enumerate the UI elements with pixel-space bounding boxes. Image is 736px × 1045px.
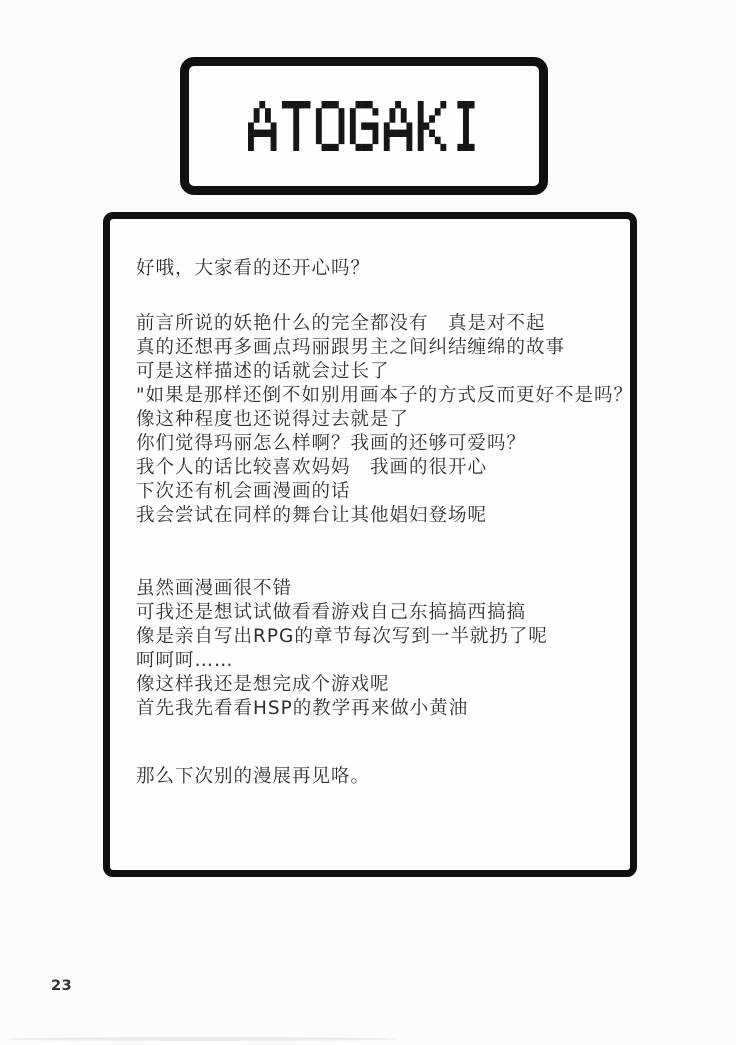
afterword-line: 那么下次别的漫展再见咯。 xyxy=(136,765,624,789)
afterword-paragraph: 虽然画漫画很不错可我还是想试试做看看游戏自己东搞搞西搞搞像是亲自写出RPG的章节… xyxy=(136,577,624,721)
afterword-line: 可是这样描述的话就会过长了 xyxy=(136,360,624,384)
afterword-line: 下次还有机会画漫画的话 xyxy=(136,480,624,504)
page-bottom-edge-shadow xyxy=(6,1037,396,1041)
manga-afterword-page: 好哦，大家看的还开心吗？前言所说的妖艳什么的完全都没有 真是对不起真的还想再多画… xyxy=(0,0,736,1045)
afterword-line: 首先我先看看HSP的教学再来做小黄油 xyxy=(136,697,624,721)
pixel-title-glyphs xyxy=(248,101,480,151)
afterword-line: 像是亲自写出RPG的章节每次写到一半就扔了呢 xyxy=(136,625,624,649)
afterword-line: 好哦，大家看的还开心吗？ xyxy=(136,257,624,281)
afterword-paragraph: 好哦，大家看的还开心吗？ xyxy=(136,257,624,281)
afterword-line: 我会尝试在同样的舞台让其他娼妇登场呢 xyxy=(136,504,624,528)
atogaki-title-box xyxy=(180,57,548,195)
afterword-line: "如果是那样还倒不如别用画本子的方式反而更好不是吗？" xyxy=(136,384,624,408)
afterword-line: 可我还是想试试做看看游戏自己东搞搞西搞搞 xyxy=(136,601,624,625)
afterword-text: 好哦，大家看的还开心吗？前言所说的妖艳什么的完全都没有 真是对不起真的还想再多画… xyxy=(110,219,630,789)
afterword-line: 像这样我还是想完成个游戏呢 xyxy=(136,673,624,697)
afterword-box: 好哦，大家看的还开心吗？前言所说的妖艳什么的完全都没有 真是对不起真的还想再多画… xyxy=(103,212,637,877)
afterword-line: 像这种程度也还说得过去就是了 xyxy=(136,408,624,432)
afterword-paragraph: 那么下次别的漫展再见咯。 xyxy=(136,765,624,789)
afterword-line: 呵呵呵…… xyxy=(136,649,624,673)
afterword-line: 前言所说的妖艳什么的完全都没有 真是对不起 xyxy=(136,312,624,336)
afterword-line: 虽然画漫画很不错 xyxy=(136,577,624,601)
afterword-line: 你们觉得玛丽怎么样啊？我画的还够可爱吗？ xyxy=(136,432,624,456)
afterword-line: 我个人的话比较喜欢妈妈 我画的很开心 xyxy=(136,456,624,480)
page-title xyxy=(248,101,480,151)
afterword-line: 真的还想再多画点玛丽跟男主之间纠结缠绵的故事 xyxy=(136,336,624,360)
afterword-paragraph: 前言所说的妖艳什么的完全都没有 真是对不起真的还想再多画点玛丽跟男主之间纠结缠绵… xyxy=(136,312,624,528)
page-number: 23 xyxy=(51,978,72,994)
